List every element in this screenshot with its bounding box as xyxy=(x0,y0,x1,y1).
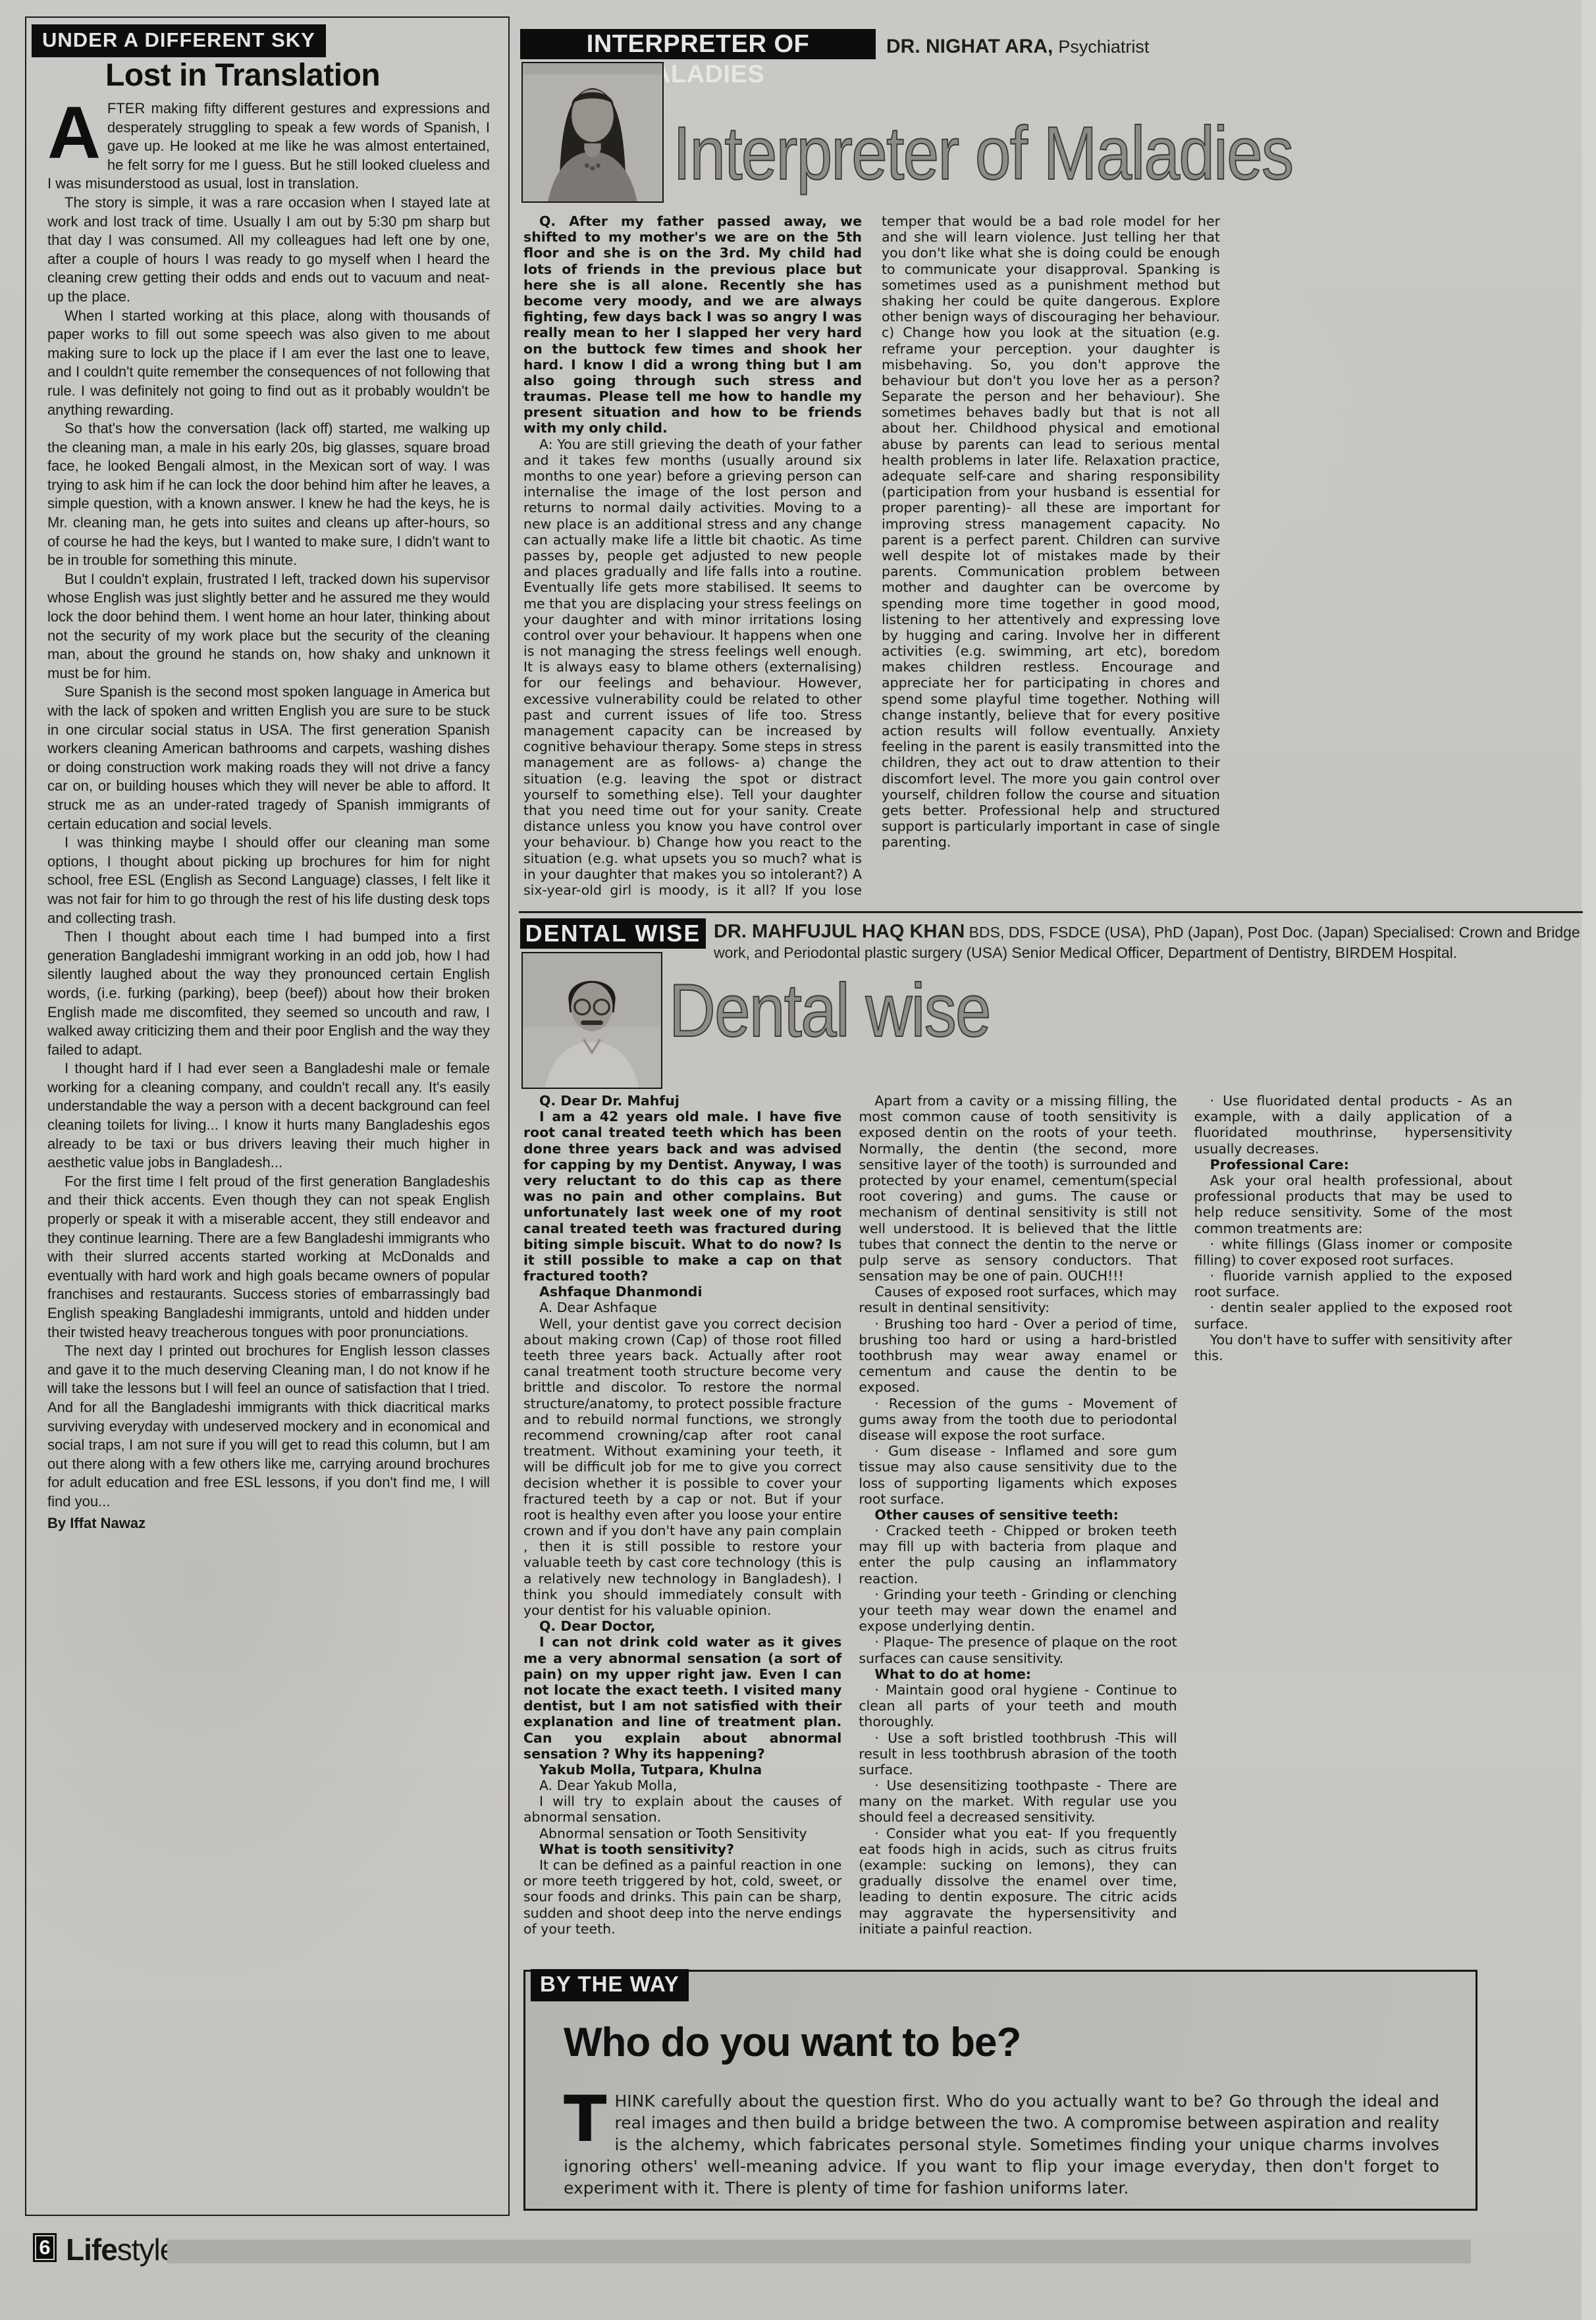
psychiatrist-credit: DR. NIGHAT ARA, Psychiatrist xyxy=(886,36,1149,58)
paragraph: · Recession of the gums - Movement of gu… xyxy=(859,1396,1177,1444)
paragraph: · Grinding your teeth - Grinding or clen… xyxy=(859,1587,1177,1635)
paragraph: Apart from a cavity or a missing filling… xyxy=(859,1093,1177,1284)
paragraph: Yakub Molla, Tutpara, Khulna xyxy=(523,1762,841,1778)
paragraph: It can be defined as a painful reaction … xyxy=(523,1857,841,1937)
paragraph: I will try to explain about the causes o… xyxy=(523,1793,841,1825)
paragraph: The story is simple, it was a rare occas… xyxy=(47,194,490,307)
section-tag-under-a-different-sky: UNDER A DIFFERENT SKY xyxy=(32,24,326,57)
dentist-photo xyxy=(521,952,662,1089)
paragraph: Ashfaque Dhanmondi xyxy=(523,1284,841,1300)
paragraph: I am a 42 years old male. I have five ro… xyxy=(523,1109,841,1284)
paragraph: The next day I printed out brochures for… xyxy=(47,1342,490,1511)
paragraph: When I started working at this place, al… xyxy=(47,307,490,420)
dentist-credit: DR. MAHFUJUL HAQ KHAN BDS, DDS, FSDCE (U… xyxy=(714,920,1580,962)
interpreter-title: Interpreter of Maladies xyxy=(673,111,1292,197)
paragraph: Q. Dear Doctor, xyxy=(523,1618,841,1634)
paragraph: Q. Dear Dr. Mahfuj xyxy=(523,1093,841,1109)
page-number: 6 xyxy=(33,2233,57,2262)
paragraph: · Plaque- The presence of plaque on the … xyxy=(859,1634,1177,1666)
paragraph: · white fillings (Glass inomer or compos… xyxy=(1194,1236,1512,1268)
paragraph: What to do at home: xyxy=(859,1666,1177,1682)
drop-cap: T xyxy=(564,2094,606,2145)
paragraph: · Use a soft bristled toothbrush -This w… xyxy=(859,1730,1177,1778)
paragraph: What is tooth sensitivity? xyxy=(523,1841,841,1857)
page-right-margin xyxy=(1582,0,1596,2320)
by-the-way-body: THINK carefully about the question first… xyxy=(564,2090,1439,2199)
brand-bold: Life xyxy=(66,2232,117,2267)
question-paragraph: Q. After my father passed away, we shift… xyxy=(523,213,862,436)
paragraph: · Use fluoridated dental products - As a… xyxy=(1194,1093,1512,1157)
paragraph: Then I thought about each time I had bum… xyxy=(47,928,490,1059)
paragraph: I was thinking maybe I should offer our … xyxy=(47,833,490,928)
paragraph: For the first time I felt proud of the f… xyxy=(47,1173,490,1342)
paragraph: · Use desensitizing toothpaste - There a… xyxy=(859,1778,1177,1826)
dental-qa-columns: Q. Dear Dr. MahfujI am a 42 years old ma… xyxy=(523,1093,1512,1954)
paragraph: But I couldn't explain, frustrated I lef… xyxy=(47,570,490,683)
paragraph: · Brushing too hard - Over a period of t… xyxy=(859,1316,1177,1396)
paragraph: A. Dear Yakub Molla, xyxy=(523,1778,841,1793)
paragraph: Abnormal sensation or Tooth Sensitivity xyxy=(523,1826,841,1841)
dentist-name: DR. MAHFUJUL HAQ KHAN xyxy=(714,921,965,942)
article-body: AFTER making fifty different gestures an… xyxy=(47,99,490,2193)
paragraph: I can not drink cold water as it gives m… xyxy=(523,1634,841,1762)
psychiatrist-title: Psychiatrist xyxy=(1058,37,1149,57)
newspaper-page: UNDER A DIFFERENT SKY Lost in Translatio… xyxy=(0,0,1596,2320)
paragraph: · fluoride varnish applied to the expose… xyxy=(1194,1268,1512,1300)
paragraph: · Maintain good oral hygiene - Continue … xyxy=(859,1682,1177,1730)
article-byline: By Iffat Nawaz xyxy=(47,1514,490,1533)
left-article-box: UNDER A DIFFERENT SKY Lost in Translatio… xyxy=(25,16,510,2216)
psychiatrist-photo xyxy=(521,62,664,203)
psychiatrist-name: DR. NIGHAT ARA, xyxy=(886,36,1053,57)
paragraph: Professional Care: xyxy=(1194,1157,1512,1173)
paragraph: So that's how the conversation (lack off… xyxy=(47,419,490,570)
paragraph: Causes of exposed root surfaces, which m… xyxy=(859,1284,1177,1315)
psychiatrist-portrait-illustration xyxy=(523,63,662,201)
section-tag-by-the-way: BY THE WAY xyxy=(531,1969,689,2001)
paragraph: · Consider what you eat- If you frequent… xyxy=(859,1826,1177,1937)
lead-text: FTER making fifty different gestures and… xyxy=(47,100,490,192)
by-the-way-box: BY THE WAY Who do you want to be? THINK … xyxy=(523,1970,1477,2211)
article-headline: Lost in Translation xyxy=(105,57,380,93)
paragraph: Well, your dentist gave you correct deci… xyxy=(523,1316,841,1619)
paragraph: · Cracked teeth - Chipped or broken teet… xyxy=(859,1523,1177,1587)
paragraph: Ask your oral health professional, about… xyxy=(1194,1173,1512,1236)
article-paragraphs: The story is simple, it was a rare occas… xyxy=(47,194,490,1512)
dental-title: Dental wise xyxy=(669,968,990,1054)
lifestyle-brand: Lifestyle xyxy=(66,2232,176,2267)
section-divider xyxy=(519,911,1583,913)
section-tag-dental-wise: DENTAL WISE xyxy=(520,918,706,949)
section-tag-interpreter-of-maladies: INTERPRETER OF MALADIES xyxy=(520,29,876,59)
by-the-way-title: Who do you want to be? xyxy=(564,2019,1021,2066)
paragraph: · Gum disease - Inflamed and sore gum ti… xyxy=(859,1443,1177,1507)
footer-bar xyxy=(167,2240,1471,2263)
paragraph: You don't have to suffer with sensitivit… xyxy=(1194,1332,1512,1363)
paragraph: Sure Spanish is the second most spoken l… xyxy=(47,683,490,833)
interpreter-qa-columns: Q. After my father passed away, we shift… xyxy=(523,213,1578,907)
paragraph: · dentin sealer applied to the exposed r… xyxy=(1194,1300,1512,1331)
dentist-portrait-illustration xyxy=(523,953,661,1088)
paragraph: A. Dear Ashfaque xyxy=(523,1300,841,1315)
by-the-way-text: HINK carefully about the question first.… xyxy=(564,2092,1439,2198)
paragraph: Other causes of sensitive teeth: xyxy=(859,1507,1177,1523)
lead-paragraph: AFTER making fifty different gestures an… xyxy=(47,99,490,194)
paragraph: I thought hard if I had ever seen a Bang… xyxy=(47,1059,490,1173)
drop-cap: A xyxy=(47,103,101,163)
